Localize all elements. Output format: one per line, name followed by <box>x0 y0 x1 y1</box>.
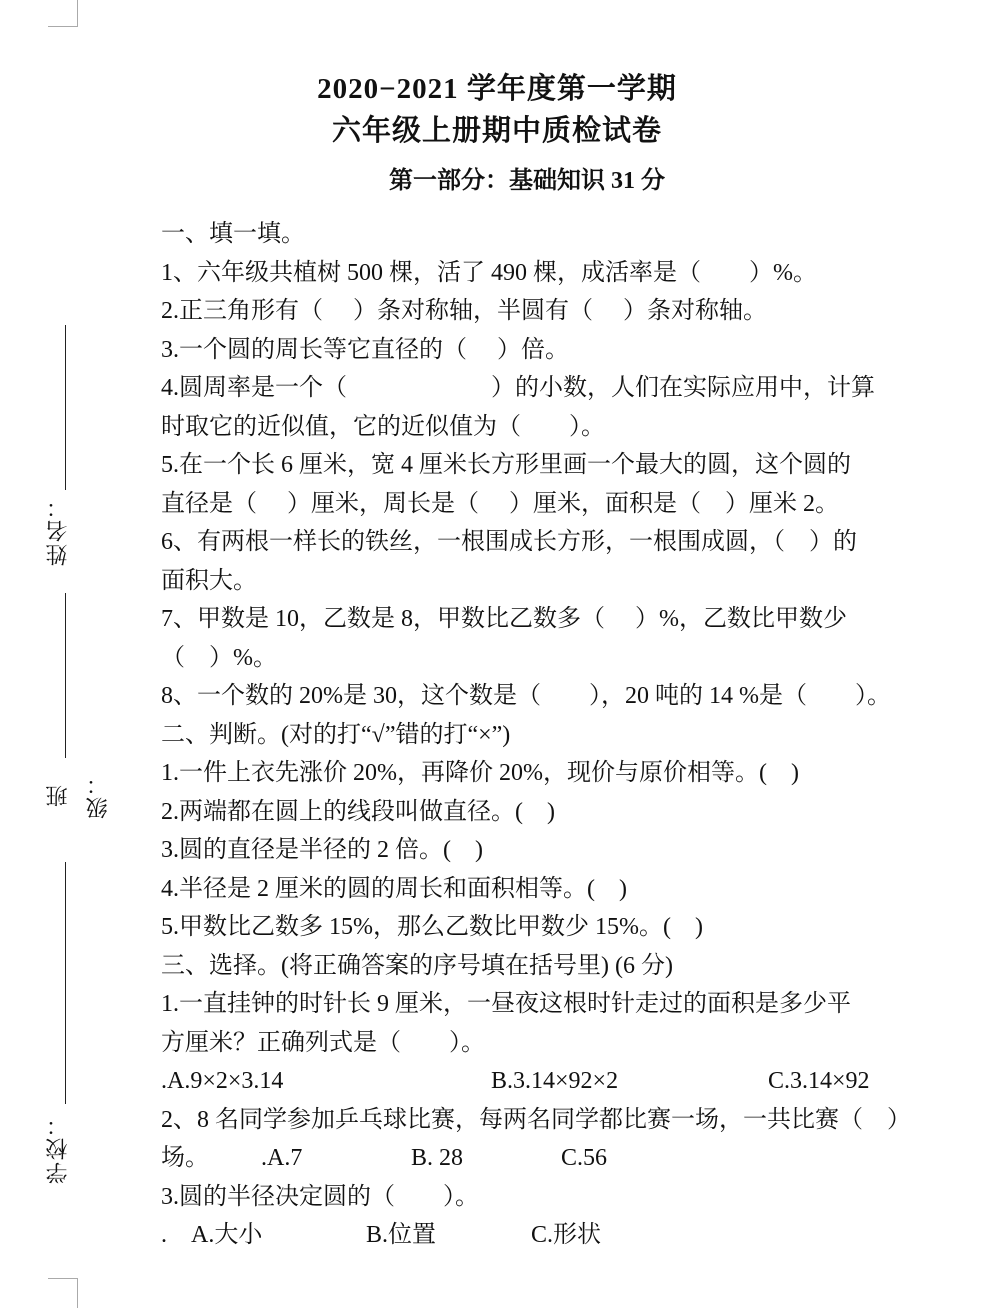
school-label: 学校： <box>38 1112 78 1184</box>
question-line: 5.在一个长 6 厘米，宽 4 厘米长方形里画一个最大的圆，这个圆的 <box>161 446 951 485</box>
name-blank-line <box>65 325 66 490</box>
option-c: C.形状 <box>531 1222 601 1248</box>
question-line: 3.一个圆的周长等它直径的（ ）倍。 <box>161 331 951 370</box>
question-line: 2.正三角形有（ ）条对称轴，半圆有（ ）条对称轴。 <box>161 292 951 331</box>
school-blank-line <box>65 862 66 1104</box>
bottom-left-crop-mark <box>48 1278 78 1308</box>
choice-q3-line1: 3.圆的半径决定圆的（ ）。 <box>161 1178 951 1217</box>
top-left-crop-mark <box>48 0 78 27</box>
choice-q3-options: . A.大小B.位置C.形状 <box>161 1216 951 1255</box>
option-a: . A.大小 <box>161 1216 366 1255</box>
choice-q2-line1: 2、8 名同学参加乒乓球比赛，每两名同学都比赛一场，一共比赛（ ） <box>161 1101 951 1140</box>
option-b: B.位置 <box>366 1216 531 1255</box>
question-line: 1、六年级共植树 500 棵，活了 490 棵，成活率是（ ）%。 <box>161 254 951 293</box>
exam-body: 一、填一填。 1、六年级共植树 500 棵，活了 490 棵，成活率是（ ）%。… <box>161 215 951 1255</box>
exam-title-line1: 2020−2021 学年度第一学期 <box>0 66 994 107</box>
section1-heading: 一、填一填。 <box>161 215 951 254</box>
name-label: 姓名： <box>38 490 78 570</box>
question-line: 4.圆周率是一个（ ）的小数，人们在实际应用中，计算 <box>161 369 951 408</box>
question-line: 8、一个数的 20%是 30，这个数是（ ），20 吨的 14 %是（ ）。 <box>161 677 951 716</box>
choice-q2-options: 场。.A.7B. 28C.56 <box>161 1139 951 1178</box>
question-line: 7、甲数是 10，乙数是 8，甲数比乙数多（ ）%，乙数比甲数少 <box>161 600 951 639</box>
question-line: 面积大。 <box>161 562 951 601</box>
question-line: 直径是（ ）厘米，周长是（ ）厘米，面积是（ ）厘米 2。 <box>161 485 951 524</box>
choice-q1-options: .A.9×2×3.14B.3.14×92×2C.3.14×92 <box>161 1062 951 1101</box>
question-line: （ ）%。 <box>161 639 951 678</box>
option-b: B. 28 <box>411 1139 561 1178</box>
class-blank-line <box>65 593 66 758</box>
option-a: .A.7 <box>261 1139 411 1178</box>
question-line: 时取它的近似值，它的近似值为（ ）。 <box>161 408 951 447</box>
judgement-line: 5.甲数比乙数多 15%，那么乙数比甲数少 15%。( ) <box>161 908 951 947</box>
judgement-line: 1.一件上衣先涨价 20%，再降价 20%，现价与原价相等。( ) <box>161 754 951 793</box>
judgement-line: 4.半径是 2 厘米的圆的周长和面积相等。( ) <box>161 870 951 909</box>
exam-title-line2: 六年级上册期中质检试卷 <box>0 108 994 149</box>
class-label: 班级： <box>38 760 78 830</box>
judgement-line: 2.两端都在圆上的线段叫做直径。( ) <box>161 793 951 832</box>
option-c: C.3.14×92 <box>768 1068 870 1094</box>
option-c: C.56 <box>561 1145 607 1171</box>
judgement-line: 3.圆的直径是半径的 2 倍。( ) <box>161 831 951 870</box>
choice-q1-line2: 方厘米？正确列式是（ ）。 <box>161 1024 951 1063</box>
option-a: .A.9×2×3.14 <box>161 1062 491 1101</box>
part-subtitle: 第一部分：基础知识 31 分 <box>0 160 994 195</box>
option-b: B.3.14×92×2 <box>491 1062 768 1101</box>
question-line: 6、有两根一样长的铁丝，一根围成长方形，一根围成圆，（ ）的 <box>161 523 951 562</box>
section3-heading: 三、选择。(将正确答案的序号填在括号里) (6 分) <box>161 947 951 986</box>
section2-heading: 二、判断。(对的打“√”错的打“×”) <box>161 716 951 755</box>
choice-q2-line2-prefix: 场。 <box>161 1139 261 1178</box>
choice-q1-line1: 1.一直挂钟的时针长 9 厘米，一昼夜这根时针走过的面积是多少平 <box>161 985 951 1024</box>
